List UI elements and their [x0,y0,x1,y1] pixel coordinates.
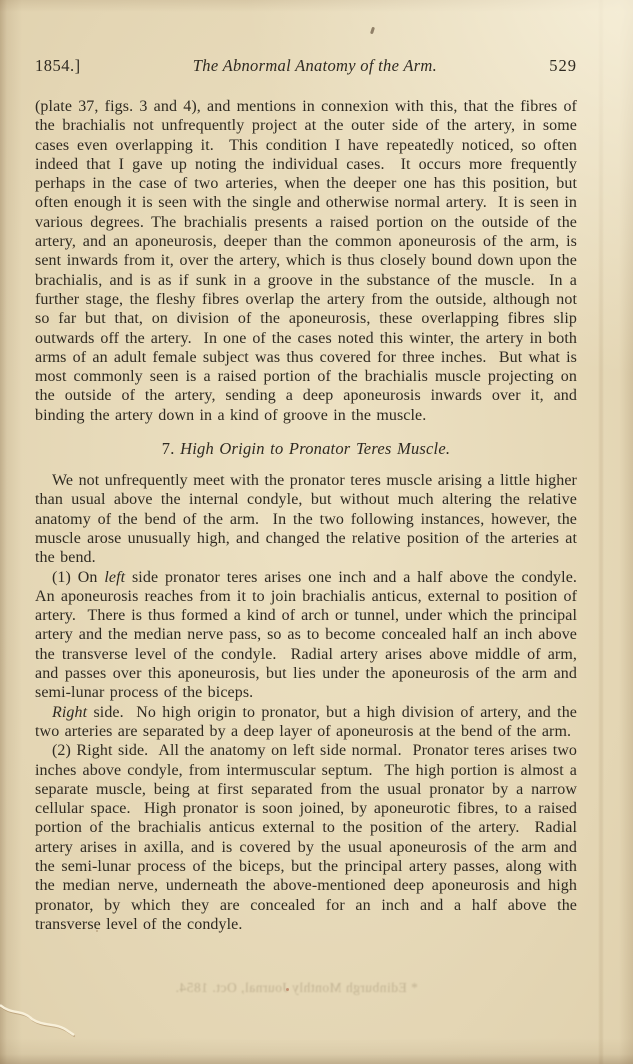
text-run: side pronator teres arises one inch and … [35,569,588,702]
foxing-speck [96,930,98,932]
paragraph: Right side. No high origin to pronator, … [35,703,577,742]
italic-text-run: High Origin to Pronator Teres Muscle. [180,439,450,458]
italic-text-run: Right [52,704,87,721]
page-content: 1854.] The Abnormal Anatomy of the Arm. … [35,56,577,934]
page-number: 529 [549,56,577,76]
text-run: (2) Right side. All the anatomy on left … [35,742,582,933]
scanned-book-page: 1854.] The Abnormal Anatomy of the Arm. … [0,0,633,1064]
text-run: We not unfrequently meet with the pronat… [35,472,582,566]
paragraph: (plate 37, figs. 3 and 4), and mentions … [35,97,577,425]
page-header: 1854.] The Abnormal Anatomy of the Arm. … [35,56,577,76]
text-body: (plate 37, figs. 3 and 4), and mentions … [35,97,577,934]
paragraph: (2) Right side. All the anatomy on left … [35,741,577,934]
text-run: (1) On [52,569,104,586]
header-year: 1854.] [35,56,81,76]
foxing-speck [540,498,543,501]
text-run: 7. [162,439,180,458]
text-run: side. No high origin to pronator, but a … [35,704,582,740]
italic-text-run: left [104,569,125,586]
bleed-through-text: * Edinburgh Monthly Journal, Oct. 1854. [0,980,593,996]
foxing-speck [286,988,289,991]
paper-tear [0,995,90,1040]
section-heading: 7. High Origin to Pronator Teres Muscle. [35,439,577,459]
text-run: (plate 37, figs. 3 and 4), and mentions … [35,98,582,424]
paragraph: We not unfrequently meet with the pronat… [35,471,577,567]
foxing-speck [458,842,460,844]
paragraph: (1) On left side pronator teres arises o… [35,568,577,703]
running-title: The Abnormal Anatomy of the Arm. [81,56,550,76]
ink-speck [370,27,375,35]
